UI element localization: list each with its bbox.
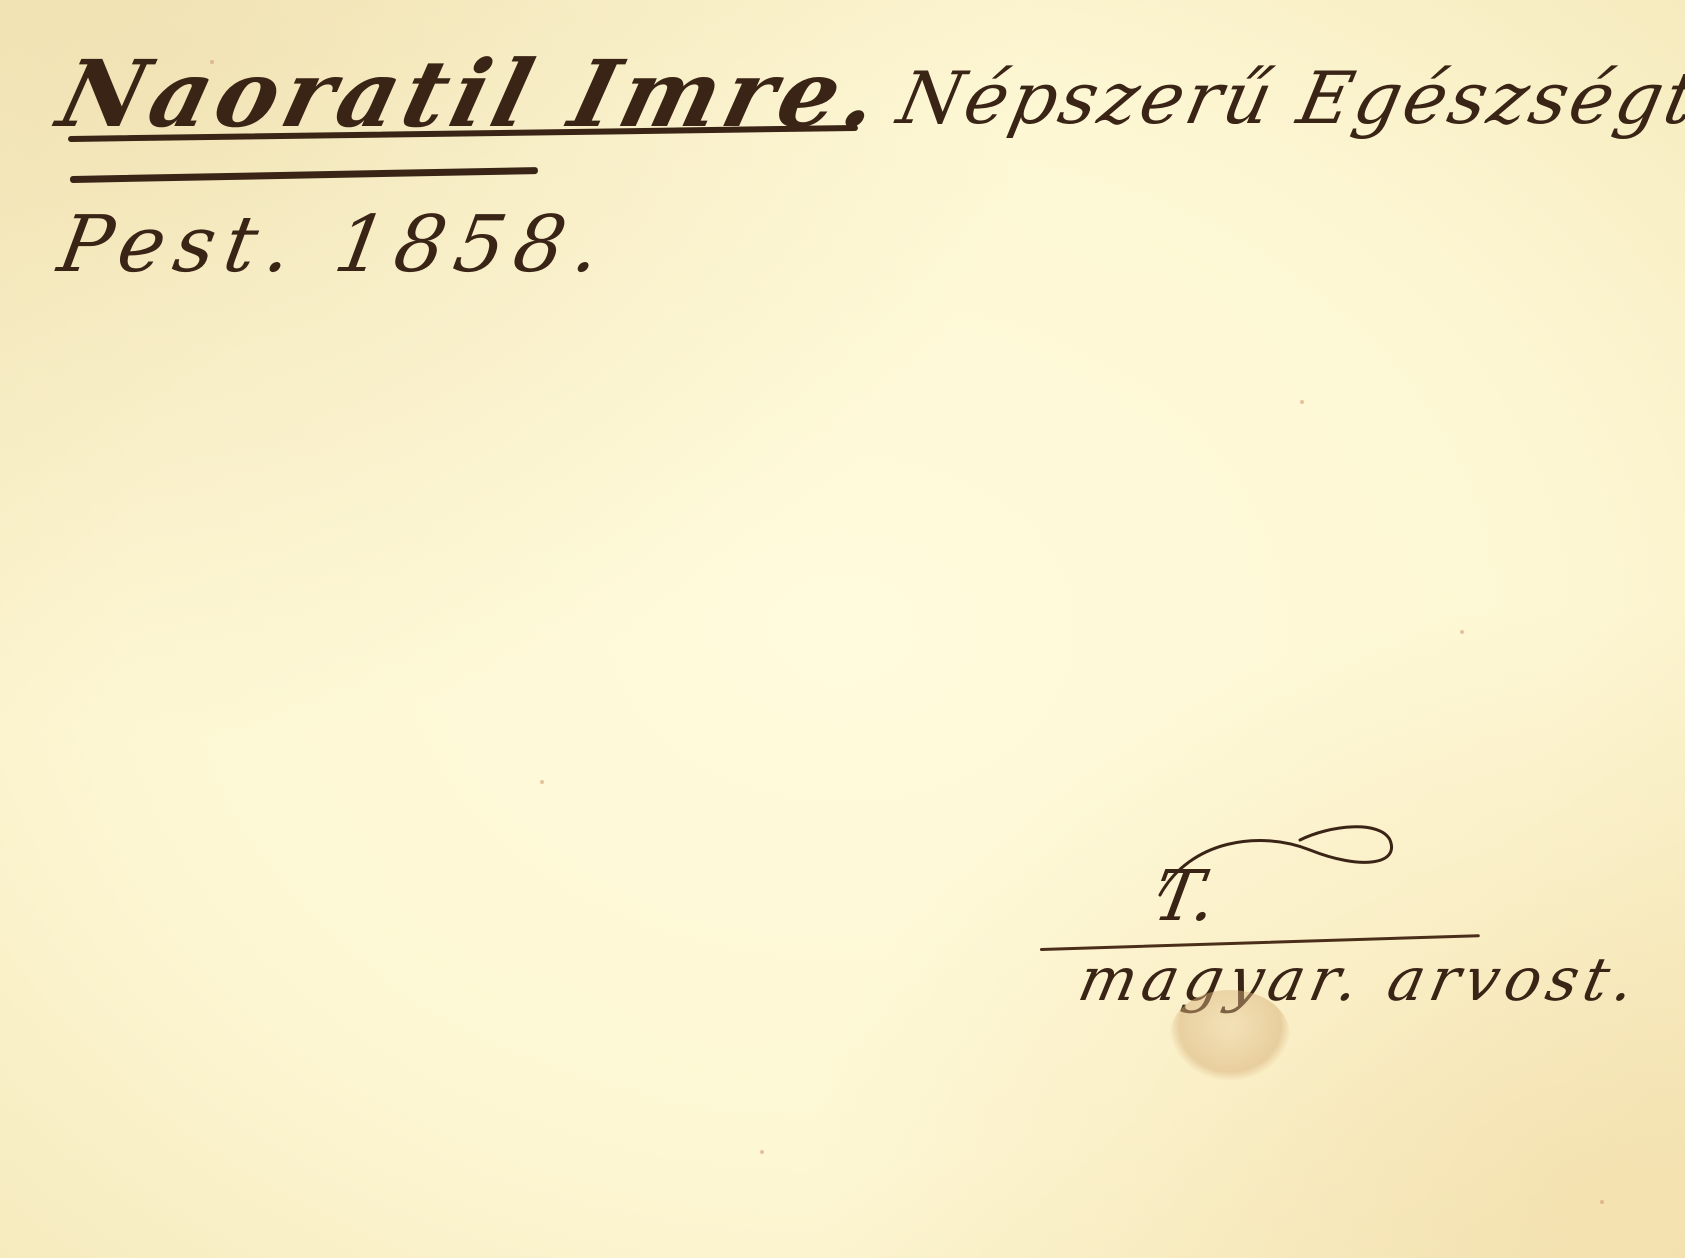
paper-speck: [1300, 400, 1304, 404]
work-title: Népszerű Egészségtan.: [891, 56, 1685, 140]
catalog-card: Naoratil Imre. Népszerű Egészségtan. Pes…: [0, 0, 1685, 1258]
ink-stain: [1170, 990, 1290, 1080]
subject-heading: magyar. arvost.: [1073, 945, 1647, 1015]
imprint-place-year: Pest. 1858.: [52, 200, 617, 290]
author-underline-bottom: [70, 167, 538, 183]
paper-speck: [210, 60, 214, 64]
classification-mark: T.: [1148, 855, 1225, 937]
paper-speck: [760, 1150, 764, 1154]
paper-speck: [1600, 1200, 1604, 1204]
paper-speck: [1460, 630, 1464, 634]
paper-speck: [540, 780, 544, 784]
